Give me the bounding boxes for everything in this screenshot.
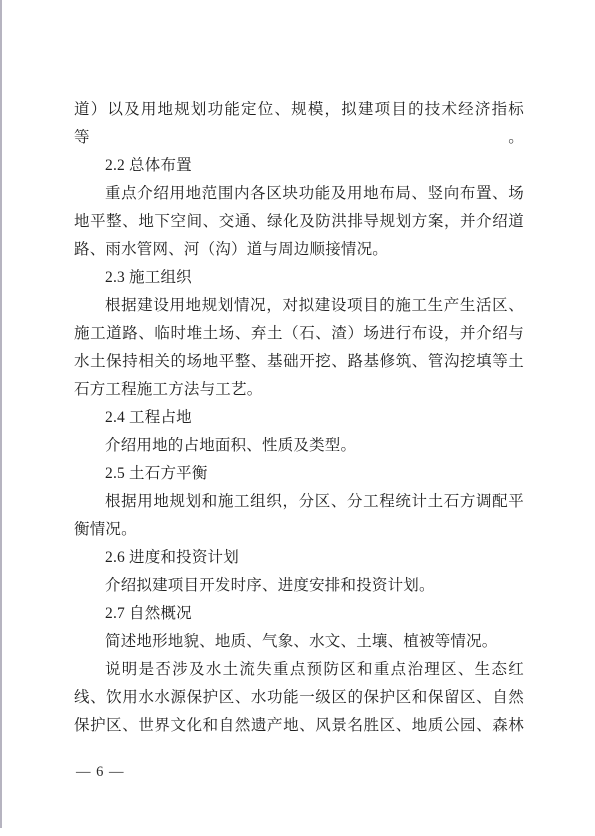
section-heading-2-2: 2.2 总体布置 <box>74 152 524 180</box>
continuation-paragraph: 道）以及用地规划功能定位、规模，拟建项目的技术经济指标等。 <box>74 96 524 152</box>
document-page: 道）以及用地规划功能定位、规模，拟建项目的技术经济指标等。 2.2 总体布置 重… <box>0 0 595 836</box>
section-heading-2-7: 2.7 自然概况 <box>74 600 524 628</box>
page-number: — 6 — <box>76 763 125 781</box>
section-2-7-paragraph-2: 说明是否涉及水土流失重点预防区和重点治理区、生态红线、饮用水水源保护区、水功能一… <box>74 656 524 740</box>
section-2-5-paragraph: 根据用地规划和施工组织，分区、分工程统计土石方调配平衡情况。 <box>74 488 524 544</box>
section-2-6-paragraph: 介绍拟建项目开发时序、进度安排和投资计划。 <box>74 572 524 600</box>
section-heading-2-3: 2.3 施工组织 <box>74 264 524 292</box>
section-2-2-paragraph: 重点介绍用地范围内各区块功能及用地布局、竖向布置、场地平整、地下空间、交通、绿化… <box>74 180 524 264</box>
section-heading-2-5: 2.5 土石方平衡 <box>74 460 524 488</box>
left-edge-scan-line <box>0 0 2 828</box>
section-2-4-paragraph: 介绍用地的占地面积、性质及类型。 <box>74 432 524 460</box>
document-body: 道）以及用地规划功能定位、规模，拟建项目的技术经济指标等。 2.2 总体布置 重… <box>74 96 524 740</box>
section-heading-2-6: 2.6 进度和投资计划 <box>74 544 524 572</box>
section-heading-2-4: 2.4 工程占地 <box>74 404 524 432</box>
section-2-3-paragraph: 根据建设用地规划情况，对拟建设项目的施工生产生活区、施工道路、临时堆土场、弃土（… <box>74 292 524 404</box>
section-2-7-paragraph-1: 简述地形地貌、地质、气象、水文、土壤、植被等情况。 <box>74 628 524 656</box>
